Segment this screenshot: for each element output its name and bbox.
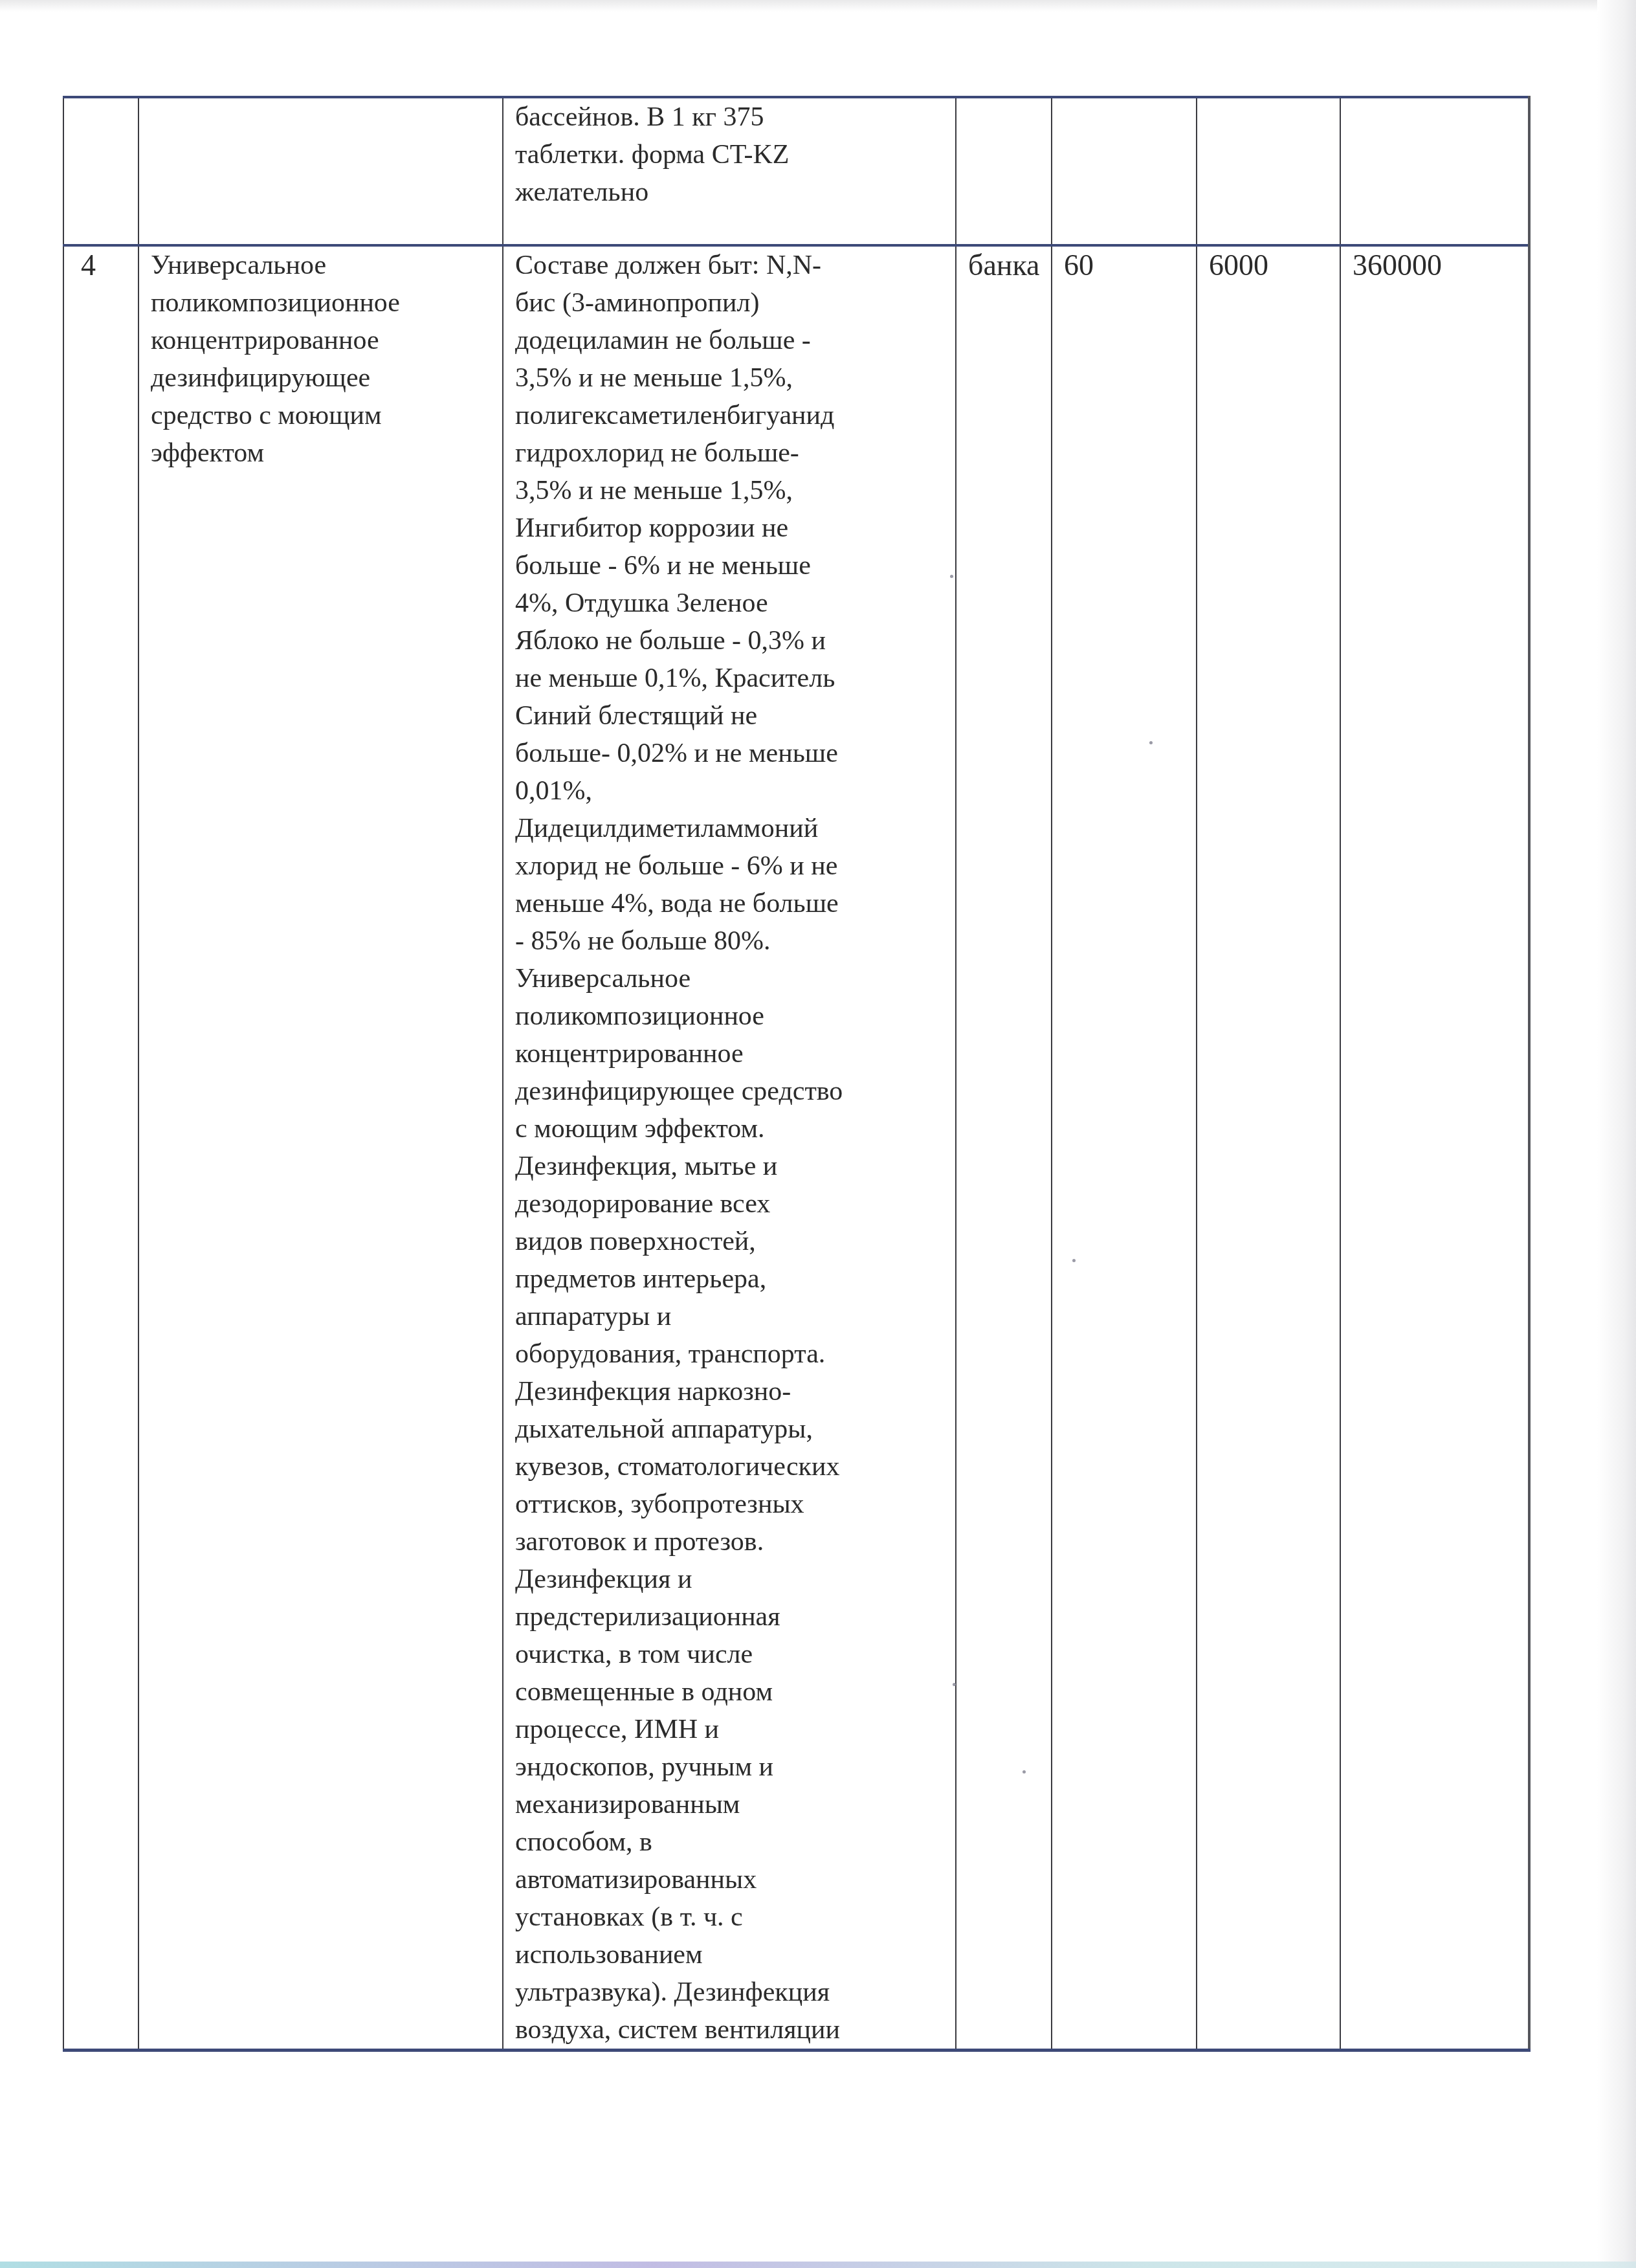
description-line: не меньше 0,1%, Краситель: [515, 660, 955, 697]
description-line: ультразвука). Дезинфекция: [515, 1973, 955, 2011]
description-line: полигексаметиленбигуанид: [515, 397, 955, 434]
description-line: бис (3-аминопропил): [515, 284, 955, 322]
cell-price: [1197, 97, 1340, 245]
description-line: больше- 0,02% и не меньше: [515, 735, 955, 772]
cell-name: Универсальное поликомпозиционное концент…: [138, 245, 503, 2051]
description-line: предстерилизационная: [515, 1598, 955, 1636]
cell-unit: [956, 97, 1052, 245]
description-line: 3,5% и не меньше 1,5%,: [515, 472, 955, 509]
cell-sum: 360000: [1340, 245, 1529, 2051]
scan-edge-bottom: [0, 2262, 1636, 2268]
description-line: 0,01%,: [515, 772, 955, 810]
description-line: Дидецилдиметиламмоний: [515, 810, 955, 847]
scan-speck: [1022, 1770, 1026, 1773]
description-line: способом, в: [515, 1823, 955, 1861]
description-line: - 85% не больше 80%.: [515, 922, 955, 960]
description-line: оборудования, транспорта.: [515, 1335, 955, 1373]
description-line: Дезинфекция и: [515, 1561, 955, 1598]
description-line: кувезов, стоматологических: [515, 1448, 955, 1485]
description-line: Ингибитор коррозии не: [515, 509, 955, 547]
description-line: Универсальное: [515, 960, 955, 997]
cell-description: бассейнов. В 1 кг 375 таблетки. форма CT…: [503, 97, 956, 245]
description-line: 4%, Отдушка Зеленое: [515, 584, 955, 622]
description-line: Дезинфекция наркозно-: [515, 1373, 955, 1410]
scan-speck: [950, 575, 953, 578]
name-line: Универсальное: [151, 247, 502, 284]
description-line: Яблоко не больше - 0,3% и: [515, 622, 955, 660]
description-line: желательно: [515, 173, 955, 211]
description-line: меньше 4%, вода не больше: [515, 885, 955, 922]
description-line: механизированным: [515, 1786, 955, 1823]
description-line: эндоскопов, ручным и: [515, 1748, 955, 1786]
description-line: установках (в т. ч. с: [515, 1898, 955, 1936]
scan-speck: [1149, 741, 1153, 744]
scan-edge-right: [1597, 0, 1636, 2268]
description-line: аппаратуры и: [515, 1298, 955, 1335]
name-line: поликомпозиционное: [151, 284, 502, 322]
description-line: концентрированное: [515, 1035, 955, 1073]
name-line: средство с моющим: [151, 397, 502, 434]
description-line: Составе должен быт: N,N-: [515, 247, 955, 284]
scan-edge-top: [0, 0, 1636, 12]
cell-quantity: 60: [1052, 245, 1197, 2051]
description-line: с моющим эффектом.: [515, 1110, 955, 1148]
description-line: поликомпозиционное: [515, 997, 955, 1035]
cell-price: 6000: [1197, 245, 1340, 2051]
description-line: больше - 6% и не меньше: [515, 547, 955, 584]
description-line: совмещенные в одном: [515, 1673, 955, 1711]
description-line: таблетки. форма CT-KZ: [515, 136, 955, 173]
name-line: концентрированное: [151, 322, 502, 359]
description-line: заготовок и протезов.: [515, 1523, 955, 1561]
scan-speck: [1072, 1259, 1076, 1262]
description-line: очистка, в том числе: [515, 1636, 955, 1673]
cell-number: [63, 97, 138, 245]
scan-speck: [953, 1683, 956, 1686]
description-line: воздуха, систем вентиляции: [515, 2011, 955, 2049]
description-line: автоматизированных: [515, 1861, 955, 1898]
description-line: Дезинфекция, мытье и: [515, 1148, 955, 1185]
description-line: 3,5% и не меньше 1,5%,: [515, 359, 955, 397]
description-line: дезинфицирующее средство: [515, 1073, 955, 1110]
description-line: Синий блестящий не: [515, 697, 955, 735]
cell-number: 4: [63, 245, 138, 2051]
cell-sum: [1340, 97, 1529, 245]
cell-description: Составе должен быт: N,N-бис (3-аминопроп…: [503, 245, 956, 2051]
description-line: использованием: [515, 1936, 955, 1973]
description-line: видов поверхностей,: [515, 1223, 955, 1260]
description-line: процессе, ИМН и: [515, 1711, 955, 1748]
description-line: оттисков, зубопротезных: [515, 1485, 955, 1523]
name-line: эффектом: [151, 434, 502, 472]
description-line: гидрохлорид не больше-: [515, 434, 955, 472]
description-line: хлорид не больше - 6% и не: [515, 847, 955, 885]
table-row-continuation: бассейнов. В 1 кг 375 таблетки. форма CT…: [63, 97, 1529, 245]
description-line: бассейнов. В 1 кг 375: [515, 98, 955, 136]
description-line: дыхательной аппаратуры,: [515, 1410, 955, 1448]
description-line: предметов интерьера,: [515, 1260, 955, 1298]
table-row-item-4: 4 Универсальное поликомпозиционное конце…: [63, 245, 1529, 2051]
description-line: додециламин не больше -: [515, 322, 955, 359]
cell-unit: банка: [956, 245, 1052, 2051]
name-line: дезинфицирующее: [151, 359, 502, 397]
specification-table: бассейнов. В 1 кг 375 таблетки. форма CT…: [63, 96, 1531, 2052]
cell-quantity: [1052, 97, 1197, 245]
cell-name: [138, 97, 503, 245]
description-line: дезодорирование всех: [515, 1185, 955, 1223]
